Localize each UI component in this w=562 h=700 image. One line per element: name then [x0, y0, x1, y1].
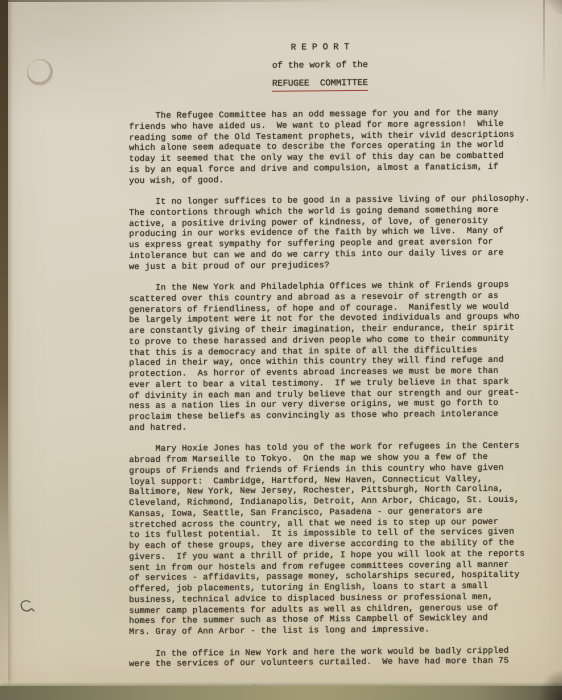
- paragraph-2: It no longer suffices to be good in a pa…: [129, 193, 531, 272]
- paragraph-1: The Refugee Committee has an odd message…: [129, 107, 531, 186]
- punched-hole-ring: [27, 59, 53, 86]
- scanned-document-photo: R E P O R T of the work of the REFUGEE C…: [0, 0, 562, 700]
- paragraph-4: Mary Hoxie Jones has told you of the wor…: [129, 441, 531, 638]
- corner-fold-shadow: [544, 0, 562, 14]
- title-line-committee: REFUGEE COMMITTEE: [129, 77, 511, 93]
- bottom-right-shadow: [538, 670, 562, 700]
- refugee-committee-underlined: REFUGEE COMMITTEE: [272, 78, 368, 92]
- paragraph-5: In the office in New York and here the w…: [129, 645, 531, 670]
- paragraph-3: In the New York and Philadelphia Offices…: [129, 279, 531, 433]
- paper-page: R E P O R T of the work of the REFUGEE C…: [0, 0, 562, 692]
- report-title: R E P O R T of the work of the REFUGEE C…: [129, 41, 511, 93]
- title-line-subtitle: of the work of the: [129, 59, 511, 73]
- typewritten-text: R E P O R T of the work of the REFUGEE C…: [129, 40, 531, 680]
- binder-spine-edge: [0, 0, 8, 700]
- page-top-edge-shadow: [0, 0, 340, 2]
- paper-crease: [543, 0, 545, 95]
- desk-surface: [0, 686, 562, 700]
- title-line-report: R E P O R T: [129, 41, 511, 55]
- pen-mark: [16, 598, 38, 622]
